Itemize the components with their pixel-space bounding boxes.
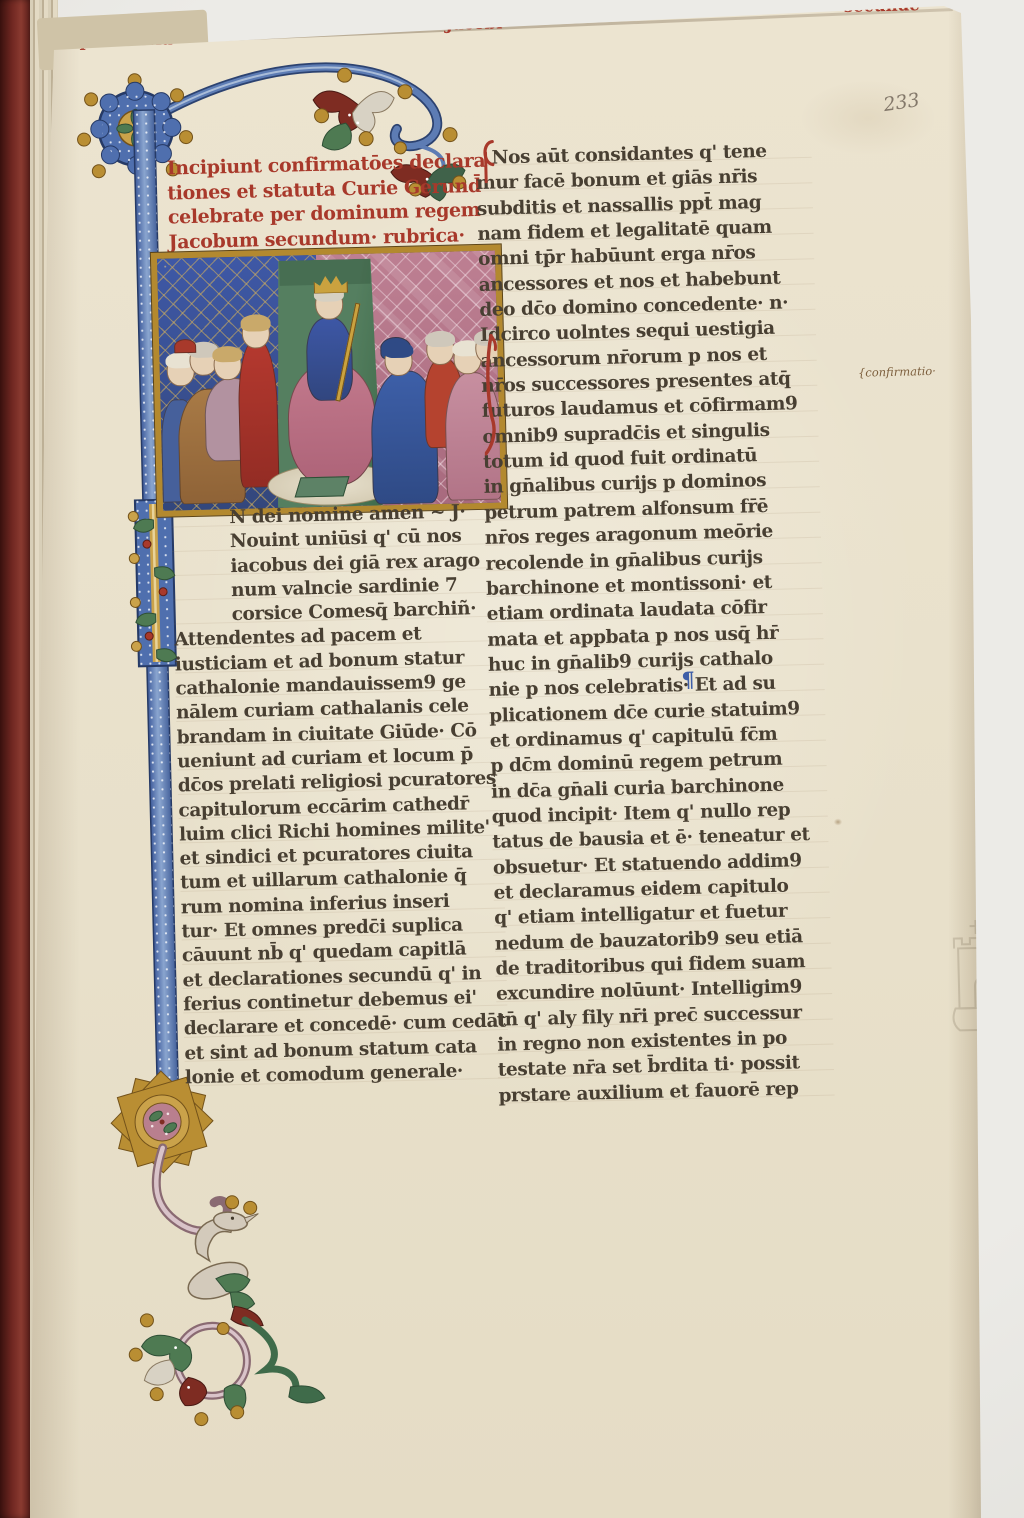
page-content: ·ṗma curia· ·Jacobi· ·secunde· 233 {conf… bbox=[0, 0, 1024, 1518]
courtier-head bbox=[426, 332, 455, 365]
red-initial-flourish-icon bbox=[482, 334, 501, 458]
ivy-cluster-bottom bbox=[141, 1333, 246, 1416]
parchment-page: ·ṗma curia· ·Jacobi· ·secunde· 233 {conf… bbox=[0, 0, 1024, 1518]
folio-number: 233 bbox=[882, 89, 921, 116]
blue-paraph-icon: ¶ bbox=[681, 667, 695, 692]
red-cap-icon bbox=[174, 339, 197, 354]
rubric: Incipiunt confirmatōes declarationes et … bbox=[167, 149, 489, 255]
margin-note-confirmatio: {confirmatio· bbox=[858, 364, 936, 380]
manuscript-photo: ·ṗma curia· ·Jacobi· ·secunde· 233 {conf… bbox=[0, 0, 1024, 1518]
red-paraph-icon bbox=[478, 138, 497, 184]
dragon-ornament bbox=[124, 1144, 325, 1427]
speaker-head bbox=[241, 317, 270, 350]
courtier-head bbox=[384, 343, 413, 376]
left-text-column: N dei nomine amen ~ J·Nouint uniūsi q' c… bbox=[171, 500, 509, 1091]
illuminated-initial-I bbox=[128, 500, 177, 667]
footstool bbox=[295, 476, 350, 497]
right-text-column: Nos aūt considantes q' tenemur facē bonu… bbox=[475, 138, 834, 1109]
courtier-head bbox=[213, 348, 242, 381]
faint-castle-sketch bbox=[943, 911, 1018, 1045]
folio-header-center: ·Jacobi· bbox=[439, 13, 508, 34]
book-spine bbox=[0, 0, 34, 1518]
folio-header-right: ·secunde· bbox=[838, 0, 926, 16]
miniature bbox=[151, 244, 507, 516]
